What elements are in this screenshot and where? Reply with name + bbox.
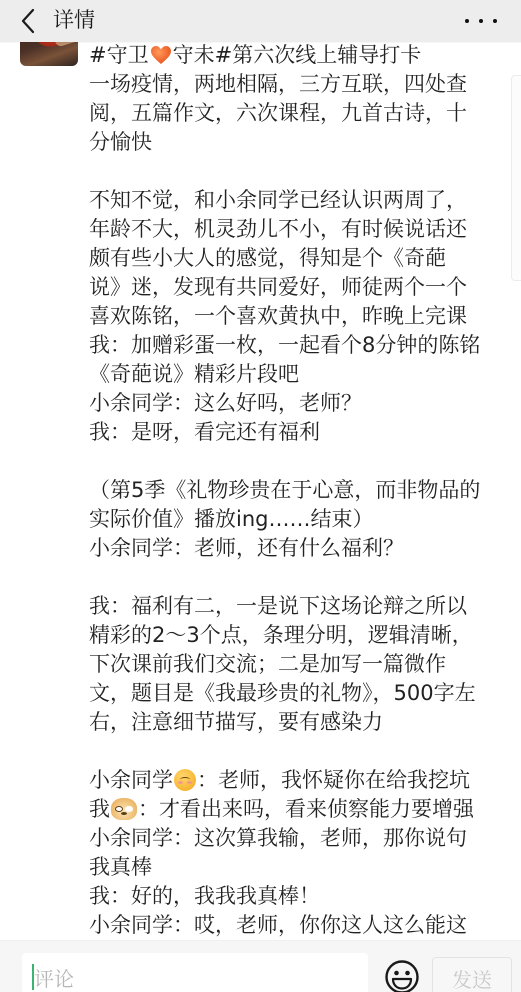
post-line: 实际价值》播放ing……结束） — [89, 505, 509, 534]
comment-placeholder: 评论 — [34, 963, 74, 992]
post-line: 小余同学：这次算我输，老师，那你说句 — [89, 824, 509, 853]
send-button[interactable]: 发送 — [432, 957, 512, 992]
post-blank-line — [89, 563, 509, 592]
post-line: 我：好的，我我我真棒！ — [89, 882, 509, 911]
post-line: 精彩的2～3个点，条理分明，逻辑清晰， — [89, 621, 509, 650]
more-options-button[interactable] — [465, 10, 497, 32]
more-dots-icon — [465, 19, 469, 23]
post-line: 小余同学：这么好吗，老师？ — [89, 389, 509, 418]
post-line: 小余同学：哎，老师，你你这人这么能这 — [89, 911, 509, 940]
post-content: #守卫守未#第六次线上辅导打卡 一场疫情，两地相隔，三方互联，四处查 阅，五篇作… — [89, 41, 509, 969]
post-line: 我真棒 — [89, 853, 509, 882]
post-line: 《奇葩说》精彩片段吧 — [89, 360, 509, 389]
dialogue-text: ：才看出来吗，看来侦察能力要增强 — [138, 797, 474, 821]
post-line-with-emoji: 小余同学：老师，我怀疑你在给我挖坑 — [89, 766, 509, 795]
post-line: 我：福利有二，一是说下这场论辩之所以 — [89, 592, 509, 621]
speaker-text: 小余同学 — [89, 768, 173, 792]
dialogue-text: ：老师，我怀疑你在给我挖坑 — [197, 768, 470, 792]
orange-heart-icon — [150, 45, 172, 65]
hashtag-text: #守卫 — [89, 43, 149, 67]
post-line: 颇有些小大人的感觉，得知是个《奇葩 — [89, 244, 509, 273]
post-blank-line — [89, 737, 509, 766]
post-line: 我：加赠彩蛋一枚，一起看个8分钟的陈铭 — [89, 331, 509, 360]
post-line: 阅，五篇作文，六次课程，九首古诗，十 — [89, 99, 509, 128]
post-line: 年龄不大，机灵劲儿不小，有时候说话还 — [89, 215, 509, 244]
smiley-icon — [384, 959, 420, 992]
post-line: 小余同学：老师，还有什么福利？ — [89, 534, 509, 563]
post-line: 右，注意细节描写，要有感染力 — [89, 708, 509, 737]
chevron-left-icon — [20, 8, 36, 34]
comment-bar: 评论 发送 — [0, 940, 521, 992]
more-dots-icon — [493, 19, 497, 23]
post-line: （第5季《礼物珍贵在于心意，而非物品的 — [89, 476, 509, 505]
page-title: 详情 — [53, 5, 95, 35]
post-line: 下次课前我们交流；二是加写一篇微作 — [89, 650, 509, 679]
comment-input[interactable]: 评论 — [22, 953, 368, 992]
post-blank-line — [89, 157, 509, 186]
post-title: #守卫守未#第六次线上辅导打卡 — [89, 41, 509, 70]
post-detail-screen: 详情 #守卫守未#第六次线上辅导打卡 一场疫情，两地相隔，三方互联，四处查 阅，… — [0, 0, 521, 992]
post-blank-line — [89, 447, 509, 476]
post-line: 说》迷，发现有共同爱好，师徒两个一个 — [89, 273, 509, 302]
post-line: 文，题目是《我最珍贵的礼物》，500字左 — [89, 679, 509, 708]
doge-emoji-icon — [111, 798, 137, 820]
top-nav-bar: 详情 — [0, 0, 521, 42]
back-button[interactable] — [14, 5, 42, 37]
post-line: 不知不觉，和小余同学已经认识两周了， — [89, 186, 509, 215]
smile-blush-emoji-icon — [174, 769, 196, 791]
post-line-with-emoji: 我：才看出来吗，看来侦察能力要增强 — [89, 795, 509, 824]
speaker-text: 我 — [89, 797, 110, 821]
post-line: 喜欢陈铭，一个喜欢黄执中，昨晚上完课 — [89, 302, 509, 331]
more-dots-icon — [479, 19, 483, 23]
scroll-indicator — [511, 75, 521, 281]
hashtag-text: 守未#第六次线上辅导打卡 — [173, 43, 422, 67]
post-line: 一场疫情，两地相隔，三方互联，四处查 — [89, 70, 509, 99]
post-line: 分愉快 — [89, 128, 509, 157]
post-line: 我：是呀，看完还有福利 — [89, 418, 509, 447]
emoji-button[interactable] — [384, 959, 420, 992]
